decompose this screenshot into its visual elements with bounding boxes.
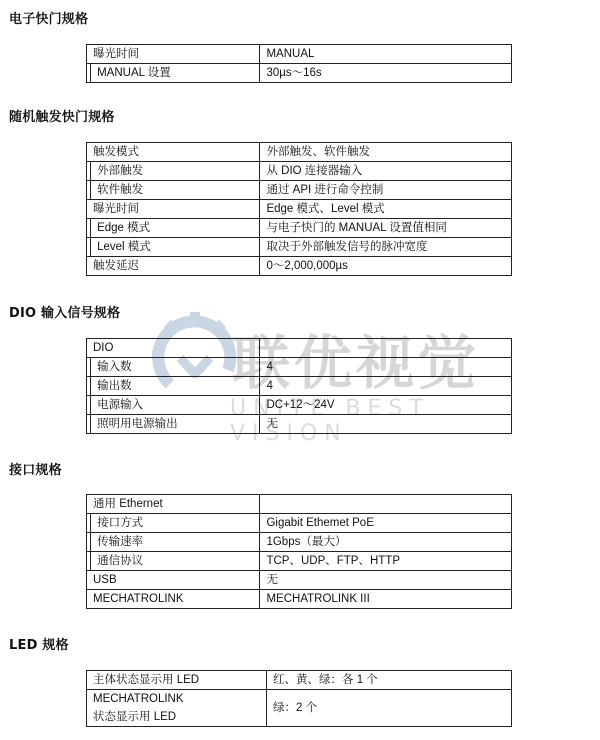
table-row: USB 无 [87, 571, 512, 590]
row-value: TCP、UDP、FTP、HTTP [260, 552, 512, 571]
row-value: 4 [260, 377, 512, 396]
row-key: 触发延迟 [87, 257, 260, 276]
row-value: Gigabit Ethemet PoE [260, 514, 512, 533]
table-row: 接口方式 Gigabit Ethemet PoE [87, 514, 512, 533]
row-value: DC+12～24V [260, 396, 512, 415]
row-key: 软件触发 [91, 181, 260, 200]
table-row: 通用 Ethernet [87, 495, 512, 514]
spec-table-led: 主体状态显示用 LED 红、黄、绿：各 1 个 MECHATROLINK 状态显… [86, 670, 512, 727]
row-value [260, 495, 512, 514]
row-value: MECHATROLINK III [260, 590, 512, 609]
row-value: 通过 API 进行命令控制 [260, 181, 512, 200]
row-key: 电源输入 [91, 396, 260, 415]
row-value: 外部触发、软件触发 [260, 143, 512, 162]
row-key: 通信协议 [91, 552, 260, 571]
row-key-line2: 状态显示用 LED [93, 708, 260, 726]
row-value: 无 [260, 415, 512, 434]
row-key: Edge 模式 [91, 219, 260, 238]
row-value: 绿：2 个 [267, 690, 512, 727]
table-row: Level 模式 取决于外部触发信号的脉冲宽度 [87, 238, 512, 257]
row-value: 0～2,000,000µs [260, 257, 512, 276]
table-row: 通信协议 TCP、UDP、FTP、HTTP [87, 552, 512, 571]
row-value: 取决于外部触发信号的脉冲宽度 [260, 238, 512, 257]
section-title-electronic-shutter: 电子快门规格 [9, 8, 88, 27]
table-row: MECHATROLINK 状态显示用 LED 绿：2 个 [87, 690, 512, 727]
table-row: 电源输入 DC+12～24V [87, 396, 512, 415]
spec-table-interface: 通用 Ethernet 接口方式 Gigabit Ethemet PoE 传输速… [86, 494, 512, 609]
row-value: 红、黄、绿：各 1 个 [267, 671, 512, 690]
row-key-multiline: MECHATROLINK 状态显示用 LED [87, 690, 267, 727]
row-key: 曝光时间 [87, 200, 260, 219]
table-row: 输出数 4 [87, 377, 512, 396]
row-key: 输入数 [91, 358, 260, 377]
row-value: 从 DIO 连接器输入 [260, 162, 512, 181]
row-key: USB [87, 571, 260, 590]
table-row: 照明用电源输出 无 [87, 415, 512, 434]
row-value [260, 339, 512, 358]
table-row: 曝光时间 Edge 模式、Level 模式 [87, 200, 512, 219]
row-value: MANUAL [260, 45, 512, 64]
section-title-dio-input-signal: DIO 输入信号规格 [9, 302, 120, 321]
spec-table-electronic-shutter: 曝光时间 MANUAL MANUAL 设置 30µs～16s [86, 44, 512, 83]
row-key: 通用 Ethernet [87, 495, 260, 514]
table-row: MECHATROLINK MECHATROLINK III [87, 590, 512, 609]
row-value: 4 [260, 358, 512, 377]
row-value: 无 [260, 571, 512, 590]
row-value: 与电子快门的 MANUAL 设置值相同 [260, 219, 512, 238]
row-key: 主体状态显示用 LED [87, 671, 267, 690]
row-value: Edge 模式、Level 模式 [260, 200, 512, 219]
section-title-interface: 接口规格 [9, 459, 62, 478]
table-row: 输入数 4 [87, 358, 512, 377]
table-row: Edge 模式 与电子快门的 MANUAL 设置值相同 [87, 219, 512, 238]
table-row: 触发延迟 0～2,000,000µs [87, 257, 512, 276]
row-key: 照明用电源输出 [91, 415, 260, 434]
section-title-random-trigger-shutter: 随机触发快门规格 [9, 106, 115, 125]
row-key: 外部触发 [91, 162, 260, 181]
spec-table-dio-input-signal: DIO 输入数 4 输出数 4 电源输入 DC+12～24V 照明用电源输出 无 [86, 338, 512, 434]
row-key: 传输速率 [91, 533, 260, 552]
row-key-line1: MECHATROLINK [93, 690, 260, 708]
row-key: 输出数 [91, 377, 260, 396]
table-row: 触发模式 外部触发、软件触发 [87, 143, 512, 162]
table-row: DIO [87, 339, 512, 358]
row-value: 30µs～16s [260, 64, 512, 83]
row-key: 触发模式 [87, 143, 260, 162]
spec-table-random-trigger-shutter: 触发模式 外部触发、软件触发 外部触发 从 DIO 连接器输入 软件触发 通过 … [86, 142, 512, 276]
row-value: 1Gbps（最大） [260, 533, 512, 552]
section-title-led: LED 规格 [9, 634, 69, 653]
table-row: 曝光时间 MANUAL [87, 45, 512, 64]
row-key: MECHATROLINK [87, 590, 260, 609]
row-key: 接口方式 [91, 514, 260, 533]
table-row: 外部触发 从 DIO 连接器输入 [87, 162, 512, 181]
table-row: 主体状态显示用 LED 红、黄、绿：各 1 个 [87, 671, 512, 690]
table-row: MANUAL 设置 30µs～16s [87, 64, 512, 83]
row-key: Level 模式 [91, 238, 260, 257]
table-row: 软件触发 通过 API 进行命令控制 [87, 181, 512, 200]
row-key: DIO [87, 339, 260, 358]
table-row: 传输速率 1Gbps（最大） [87, 533, 512, 552]
row-key: 曝光时间 [87, 45, 260, 64]
row-key: MANUAL 设置 [91, 64, 260, 83]
